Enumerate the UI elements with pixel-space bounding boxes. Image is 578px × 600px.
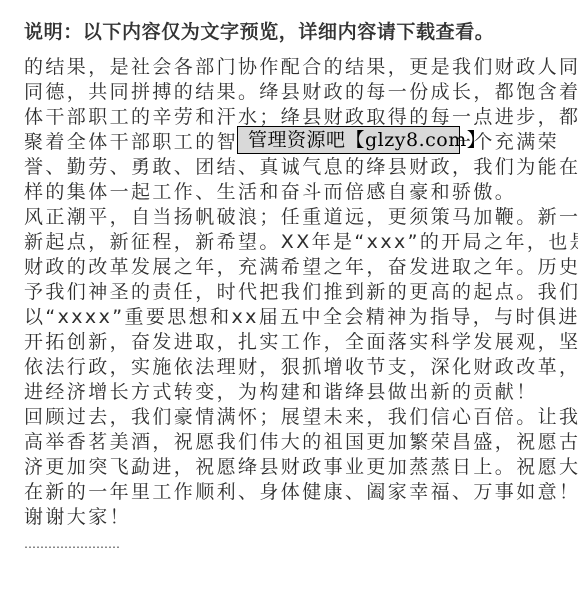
text-line: 回顾过去，我们豪情满怀；展望未来，我们信心百倍。让我们 — [24, 405, 564, 430]
text-line: 样的集体一起工作、生活和奋斗而倍感自豪和骄傲。 — [24, 180, 564, 205]
text-line: 谢谢大家！ — [24, 505, 564, 530]
preview-notice: 说明：以下内容仅为文字预览，详细内容请下载查看。 — [24, 19, 494, 45]
text-line: 依法行政，实施依法理财，狠抓增收节支，深化财政改革，促 — [24, 355, 564, 380]
text-line: 的结果，是社会各部门协作配合的结果，更是我们财政人同心 — [24, 55, 564, 80]
text-line: 予我们神圣的责任，时代把我们推到新的更高的起点。我们要 — [24, 280, 564, 305]
text-line: 在新的一年里工作顺利、身体健康、阖家幸福、万事如意！ — [24, 480, 564, 505]
text-line: 高举香茗美酒，祝愿我们伟大的祖国更加繁荣昌盛，祝愿古绛经 — [24, 430, 564, 455]
truncation-ellipsis: …………………… — [24, 534, 564, 554]
text-line: 新起点，新征程，新希望。XX年是“xxx”的开局之年，也是绛县 — [24, 230, 564, 255]
text-line: 以“xxxx”重要思想和xx届五中全会精神为指导，与时俱进， — [24, 305, 564, 330]
text-line: 同德，共同拼搏的结果。绛县财政的每一份成长，都饱含着全 — [24, 80, 564, 105]
text-line: 风正潮平，自当扬帆破浪；任重道远，更须策马加鞭。新一年， — [24, 205, 564, 230]
text-line: 财政的改革发展之年，充满希望之年，奋发进取之年。历史赋 — [24, 255, 564, 280]
watermark-overlay: 管理资源吧【glzy8.com】 — [237, 126, 460, 154]
text-line: 进经济增长方式转变，为构建和谐绛县做出新的贡献！ — [24, 380, 564, 405]
text-line: 开拓创新，奋发进取，扎实工作，全面落实科学发展观，坚持 — [24, 330, 564, 355]
text-line: 誉、勤劳、勇敢、团结、真诚气息的绛县财政，我们为能在这 — [24, 155, 564, 180]
text-line: 济更加突飞勐进，祝愿绛县财政事业更加蒸蒸日上。祝愿大家 — [24, 455, 564, 480]
